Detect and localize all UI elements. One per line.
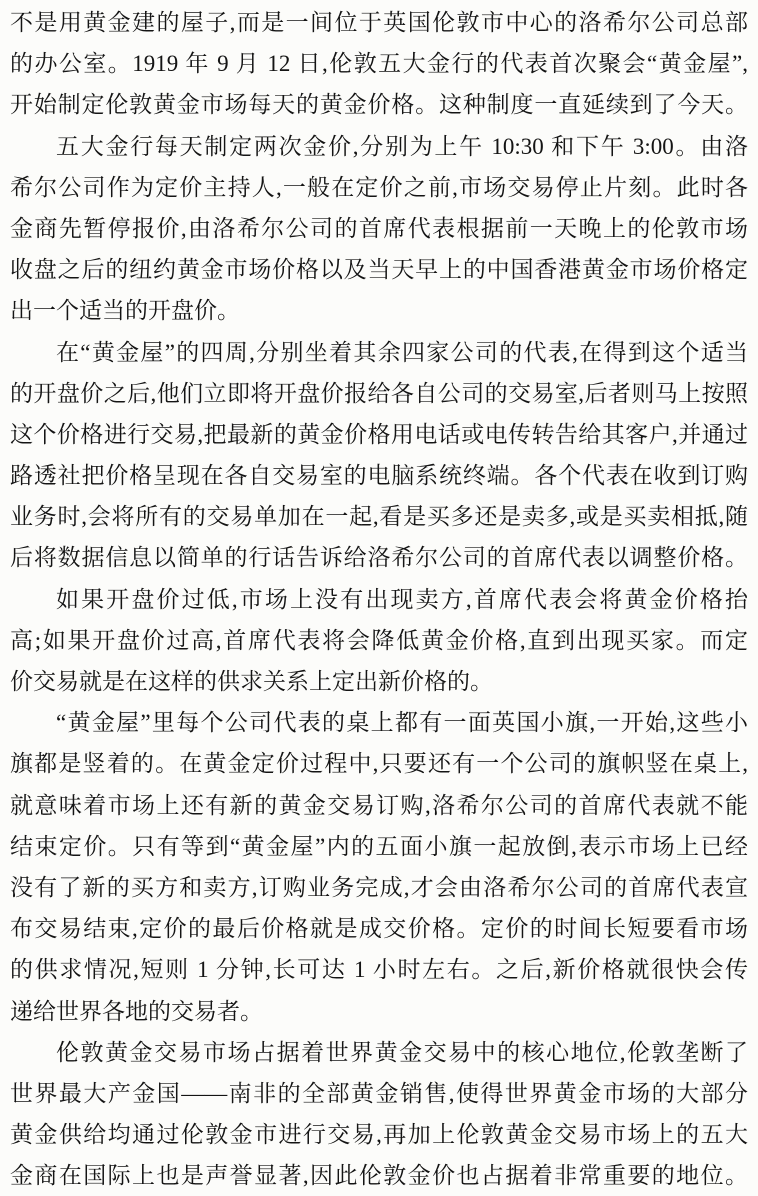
text-line: 就意味着市场上还有新的黄金交易订购,洛希尔公司的首席代表就不能 [10, 785, 748, 826]
text-line: 布交易结束,定价的最后价格就是成交价格。定价的时间长短要看市场 [10, 908, 748, 949]
text-line: 世界最大产金国——南非的全部黄金销售,使得世界黄金市场的大部分 [10, 1073, 748, 1114]
paragraph: 五大金行每天制定两次金价,分别为上午 10:30 和下午 3:00。由洛希尔公司… [10, 126, 748, 332]
text-line: 不是用黄金建的屋子,而是一间位于英国伦敦市中心的洛希尔公司总部 [10, 2, 748, 43]
text-line: 的开盘价之后,他们立即将开盘价报给各自公司的交易室,后者则马上按照 [10, 373, 748, 414]
text-line: 路透社把价格呈现在各自交易室的电脑系统终端。各个代表在收到订购 [10, 455, 748, 496]
paragraph: 如果开盘价过低,市场上没有出现卖方,首席代表会将黄金价格抬高;如果开盘价过高,首… [10, 579, 748, 703]
text-line: 这个价格进行交易,把最新的黄金价格用电话或电传转告给其客户,并通过 [10, 414, 748, 455]
text-line: 出一个适当的开盘价。 [10, 290, 748, 331]
paragraph: “黄金屋”里每个公司代表的桌上都有一面英国小旗,一开始,这些小旗都是竖着的。在黄… [10, 702, 748, 1032]
text-line: 金商先暂停报价,由洛希尔公司的首席代表根据前一天晚上的伦敦市场 [10, 208, 748, 249]
text-line: 结束定价。只有等到“黄金屋”内的五面小旗一起放倒,表示市场上已经 [10, 826, 748, 867]
text-line: 收盘之后的纽约黄金市场价格以及当天早上的中国香港黄金市场价格定 [10, 249, 748, 290]
text-line: 业务时,会将所有的交易单加在一起,看是买多还是卖多,或是买卖相抵,随 [10, 496, 748, 537]
paragraph: 伦敦黄金交易市场占据着世界黄金交易中的核心地位,伦敦垄断了世界最大产金国——南非… [10, 1032, 748, 1196]
text-line: 开始制定伦敦黄金市场每天的黄金价格。这种制度一直延续到了今天。 [10, 84, 748, 125]
text-line: 高;如果开盘价过高,首席代表将会降低黄金价格,直到出现买家。而定 [10, 620, 748, 661]
text-line: 在“黄金屋”的四周,分别坐着其余四家公司的代表,在得到这个适当 [10, 332, 748, 373]
text-line: 旗都是竖着的。在黄金定价过程中,只要还有一个公司的旗帜竖在桌上, [10, 743, 748, 784]
text-line: 的办公室。1919 年 9 月 12 日,伦敦五大金行的代表首次聚会“黄金屋”, [10, 43, 748, 84]
text-line: 价交易就是在这样的供求关系上定出新价格的。 [10, 661, 748, 702]
text-line: 如果开盘价过低,市场上没有出现卖方,首席代表会将黄金价格抬 [10, 579, 748, 620]
paragraph: 不是用黄金建的屋子,而是一间位于英国伦敦市中心的洛希尔公司总部的办公室。1919… [10, 2, 748, 126]
text-column: 不是用黄金建的屋子,而是一间位于英国伦敦市中心的洛希尔公司总部的办公室。1919… [10, 2, 748, 1196]
text-line: “黄金屋”里每个公司代表的桌上都有一面英国小旗,一开始,这些小 [10, 702, 748, 743]
text-line: 黄金供给均通过伦敦金市进行交易,再加上伦敦黄金交易市场上的五大 [10, 1114, 748, 1155]
text-line: 金商在国际上也是声誉显著,因此伦敦金价也占据着非常重要的地位。 [10, 1155, 748, 1196]
text-line: 的供求情况,短则 1 分钟,长可达 1 小时左右。之后,新价格就很快会传 [10, 949, 748, 990]
text-line: 没有了新的买方和卖方,订购业务完成,才会由洛希尔公司的首席代表宣 [10, 867, 748, 908]
text-line: 伦敦黄金交易市场占据着世界黄金交易中的核心地位,伦敦垄断了 [10, 1032, 748, 1073]
book-page: 不是用黄金建的屋子,而是一间位于英国伦敦市中心的洛希尔公司总部的办公室。1919… [0, 0, 758, 1196]
text-line: 五大金行每天制定两次金价,分别为上午 10:30 和下午 3:00。由洛 [10, 126, 748, 167]
text-line: 后将数据信息以简单的行话告诉给洛希尔公司的首席代表以调整价格。 [10, 537, 748, 578]
text-line: 希尔公司作为定价主持人,一般在定价之前,市场交易停止片刻。此时各 [10, 167, 748, 208]
text-line: 递给世界各地的交易者。 [10, 991, 748, 1032]
paragraph: 在“黄金屋”的四周,分别坐着其余四家公司的代表,在得到这个适当的开盘价之后,他们… [10, 332, 748, 579]
